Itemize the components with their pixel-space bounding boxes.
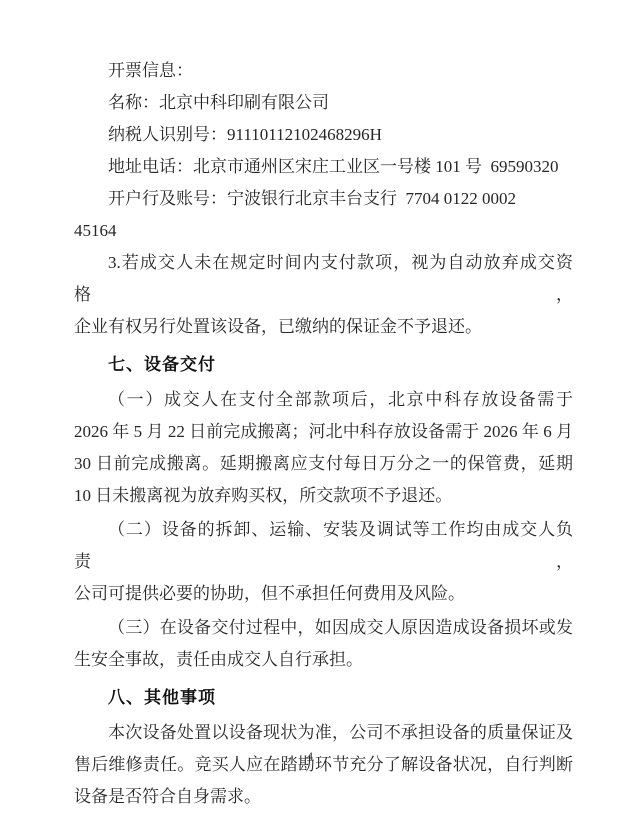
clause-line: 企业有权另行处置该设备，已缴纳的保证金不予退还。	[74, 311, 573, 343]
paragraph-line: 公司可提供必要的协助，但不承担任何费用及风险。	[74, 578, 573, 610]
invoice-line: 地址电话：北京市通州区宋庄工业区一号楼 101 号 69590320	[74, 151, 573, 183]
clause-line: 3.若成交人未在规定时间内支付款项，视为自动放弃成交资格，	[74, 247, 573, 311]
paragraph-line: （一）成交人在支付全部款项后，北京中科存放设备需于	[74, 384, 573, 416]
document-page: 开票信息： 名称：北京中科印刷有限公司 纳税人识别号：9111011210246…	[0, 0, 620, 828]
section-heading: 八、其他事项	[74, 682, 573, 714]
paragraph-line: 10 日未搬离视为放弃购买权，所交款项不予退还。	[74, 480, 573, 512]
paragraph-line: 30 日前完成搬离。延期搬离应支付每日万分之一的保管费，延期	[74, 448, 573, 480]
paragraph-line: 生安全事故，责任由成交人自行承担。	[74, 644, 573, 676]
paragraph-line: 设备是否符合自身需求。	[74, 781, 573, 813]
invoice-line: 开票信息：	[74, 55, 573, 87]
invoice-line: 45164	[74, 215, 573, 247]
invoice-line: 名称：北京中科印刷有限公司	[74, 87, 573, 119]
section-heading: 七、设备交付	[74, 349, 573, 381]
invoice-line: 纳税人识别号：91110112102468296H	[74, 119, 573, 151]
document-body: 开票信息： 名称：北京中科印刷有限公司 纳税人识别号：9111011210246…	[74, 55, 573, 813]
paragraph-line: （二）设备的拆卸、运输、安装及调试等工作均由成交人负责，	[74, 514, 573, 578]
page-number: 4	[0, 749, 620, 764]
paragraph-line: （三）在设备交付过程中，如因成交人原因造成设备损坏或发	[74, 612, 573, 644]
paragraph-line: 2026 年 5 月 22 日前完成搬离；河北中科存放设备需于 2026 年 6…	[74, 416, 573, 448]
paragraph-line: 本次设备处置以设备现状为准，公司不承担设备的质量保证及	[74, 717, 573, 749]
invoice-line: 开户行及账号：宁波银行北京丰台支行 7704 0122 0002	[74, 183, 573, 215]
